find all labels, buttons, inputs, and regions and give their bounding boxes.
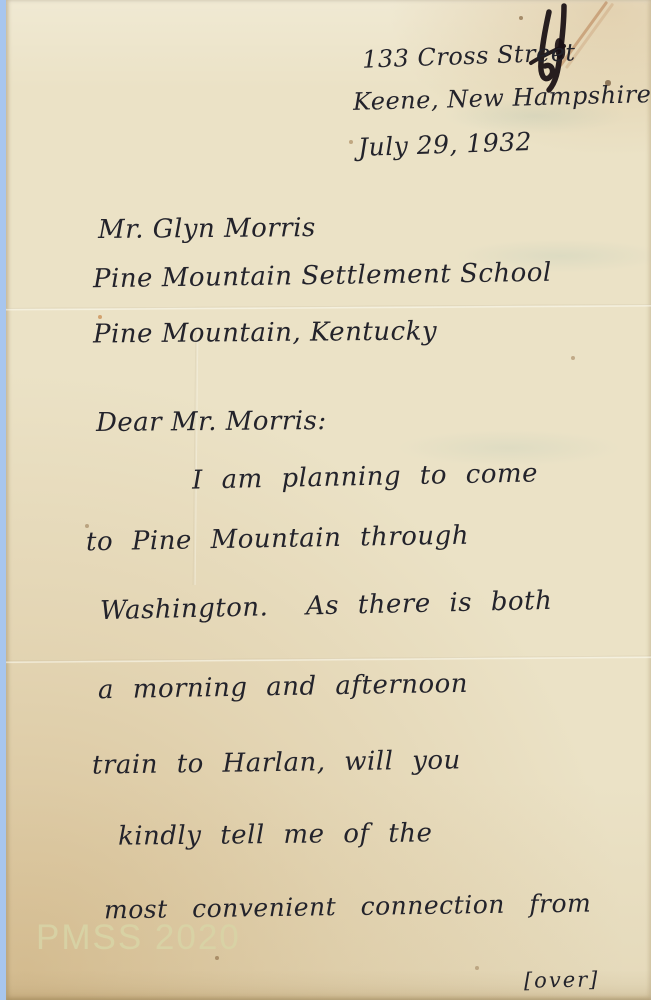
archive-watermark: PMSS 2020 <box>36 918 241 958</box>
recipient-organization-line: Pine Mountain Settlement School <box>93 260 552 292</box>
sender-address-line: 133 Cross Street <box>362 40 576 71</box>
body-line: a morning and afternoon <box>98 671 468 703</box>
fold-crease-upper <box>6 304 651 311</box>
body-line: Washington. As there is both <box>100 588 553 624</box>
letter-date-line: July 29, 1932 <box>358 129 533 160</box>
body-line: to Pine Mountain through <box>86 523 469 556</box>
scanned-letter-page: 133 Cross Street Keene, New Hampshire Ju… <box>0 0 651 1000</box>
over-page-note: [over] <box>524 969 600 991</box>
body-line: kindly tell me of the <box>118 820 433 849</box>
recipient-location-line: Pine Mountain, Kentucky <box>93 318 437 347</box>
body-line: train to Harlan, will you <box>92 747 461 778</box>
body-line: I am planning to come <box>192 460 538 493</box>
letter-paper: 133 Cross Street Keene, New Hampshire Ju… <box>6 0 651 1000</box>
sender-city-line: Keene, New Hampshire <box>353 82 651 114</box>
recipient-name-line: Mr. Glyn Morris <box>98 215 316 243</box>
salutation-line: Dear Mr. Morris: <box>96 408 327 436</box>
fold-crease-lower <box>6 655 651 663</box>
foxing-spots <box>6 0 8 2</box>
